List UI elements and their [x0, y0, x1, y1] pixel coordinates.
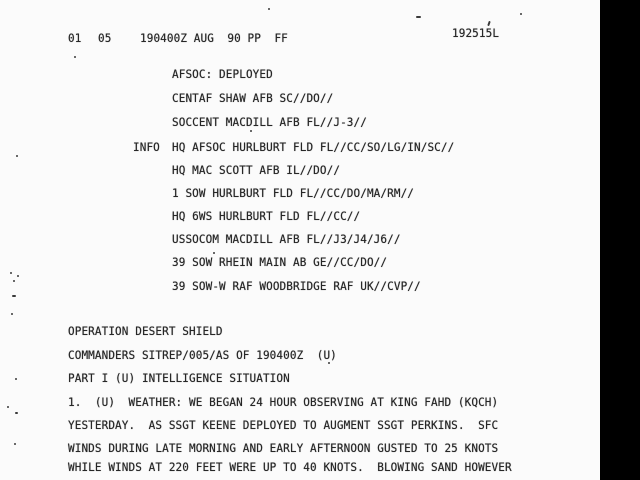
- scan-noise: [250, 130, 252, 132]
- scan-noise: [12, 295, 16, 297]
- scan-noise: [520, 13, 522, 15]
- scan-noise: [328, 362, 330, 364]
- address-info-line: HQ MAC SCOTT AFB IL//DO//: [172, 164, 340, 177]
- address-info-line: HQ AFSOC HURLBURT FLD FL//CC/SO/LG/IN/SC…: [172, 141, 454, 154]
- address-info-line: 39 SOW-W RAF WOODBRIDGE RAF UK//CVP//: [172, 280, 421, 293]
- address-to-line: CENTAF SHAW AFB SC//DO//: [172, 92, 333, 105]
- scanned-message-page: 01 05 190400Z AUG 90 PP FF 192515L AFSOC…: [0, 0, 640, 480]
- scan-noise: [268, 8, 270, 10]
- scan-noise: [15, 412, 18, 414]
- paragraph-line: YESTERDAY. AS SSGT KEENE DEPLOYED TO AUG…: [68, 419, 498, 432]
- header-time-logged: 192515L: [452, 27, 499, 40]
- header-sequence-number: 05: [98, 32, 111, 45]
- header-date-time-group: 190400Z AUG 90 PP FF: [140, 32, 288, 45]
- address-info-line: USSOCOM MACDILL AFB FL//J3/J4/J6//: [172, 233, 401, 246]
- scan-noise: [15, 378, 17, 380]
- address-info-line: HQ 6WS HURLBURT FLD FL//CC//: [172, 210, 360, 223]
- paragraph-line: WINDS DURING LATE MORNING AND EARLY AFTE…: [68, 442, 498, 455]
- scan-noise: [13, 280, 15, 282]
- address-info-line: 39 SOW RHEIN MAIN AB GE//CC/DO//: [172, 256, 387, 269]
- scan-edge-bar: [600, 0, 640, 480]
- paragraph-line: 1. (U) WEATHER: WE BEGAN 24 HOUR OBSERVI…: [68, 396, 498, 409]
- paragraph-line: WHILE WINDS AT 220 FEET WERE UP TO 40 KN…: [68, 461, 512, 474]
- scan-noise: [416, 16, 421, 18]
- scan-noise: [14, 443, 16, 445]
- scan-noise: [16, 155, 18, 157]
- scan-noise: [487, 21, 491, 26]
- operation-title: OPERATION DESERT SHIELD: [68, 325, 223, 338]
- scan-noise: [213, 252, 215, 254]
- address-to-line: SOCCENT MACDILL AFB FL//J-3//: [172, 116, 367, 129]
- address-to-line: AFSOC: DEPLOYED: [172, 68, 273, 81]
- scan-noise: [17, 275, 19, 277]
- part-heading: PART I (U) INTELLIGENCE SITUATION: [68, 372, 290, 385]
- sitrep-title: COMMANDERS SITREP/005/AS OF 190400Z (U): [68, 349, 337, 362]
- scan-noise: [7, 406, 9, 408]
- address-info-label: INFO: [133, 141, 160, 154]
- header-channel-number: 01: [68, 32, 81, 45]
- scan-noise: [10, 272, 12, 274]
- address-info-line: 1 SOW HURLBURT FLD FL//CC/DO/MA/RM//: [172, 187, 414, 200]
- scan-noise: [74, 56, 76, 58]
- scan-noise: [11, 313, 13, 315]
